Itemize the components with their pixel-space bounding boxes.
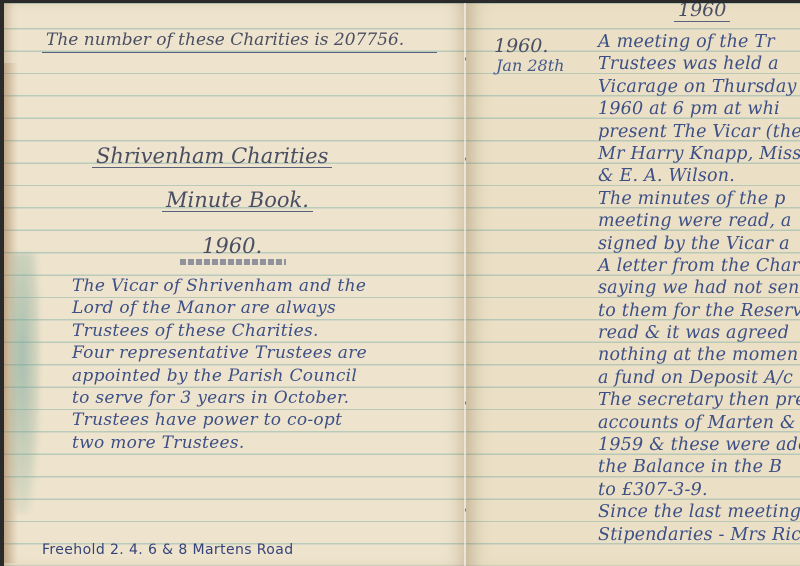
minutes-line: The secretary then pres — [598, 389, 800, 411]
minutes-line: the Balance in the B — [598, 456, 800, 478]
minutes-line: saying we had not sen — [598, 277, 800, 299]
paragraph-line: Four representative Trustees are — [72, 342, 367, 364]
book-title-line1: Shrivenham Charities — [92, 145, 332, 168]
trustees-paragraph: The Vicar of Shrivenham and the Lord of … — [72, 275, 367, 454]
minutes-line: Vicarage on Thursday — [598, 76, 800, 98]
minutes-line: present The Vicar (the — [598, 121, 800, 143]
minutes-line: a fund on Deposit A/c — [598, 367, 800, 389]
minutes-line: to them for the Reserv — [598, 300, 800, 322]
charity-number-note: The number of these Charities is 207756. — [42, 29, 437, 53]
minutes-line: Since the last meeting — [598, 501, 800, 523]
left-page: The number of these Charities is 207756.… — [4, 3, 466, 566]
minutes-line: The minutes of the p — [598, 188, 800, 210]
minutes-line: Mr Harry Knapp, Miss — [598, 143, 800, 165]
minutes-line: Stipendaries - Mrs Richon — [598, 524, 800, 546]
right-page: 1960 1960. Jan 28th A meeting of the Tr … — [466, 3, 800, 566]
paragraph-line: appointed by the Parish Council — [72, 365, 367, 387]
margin-year: 1960. — [494, 35, 548, 57]
paragraph-line: Trustees have power to co-opt — [72, 409, 367, 431]
page-heading-year: 1960 — [674, 3, 730, 22]
minutes-line: A letter from the Char — [598, 255, 800, 277]
book-title-line2: Minute Book. — [162, 189, 313, 212]
minutes-text: A meeting of the Tr Trustees was held a … — [598, 31, 800, 546]
minutes-line: meeting were read, a — [598, 210, 800, 232]
minutes-line: 1960 at 6 pm at whi — [598, 98, 800, 120]
minutes-line: signed by the Vicar a — [598, 233, 800, 255]
paragraph-line: Trustees of these Charities. — [72, 320, 367, 342]
paragraph-line: two more Trustees. — [72, 432, 367, 454]
paragraph-line: to serve for 3 years in October. — [72, 387, 367, 409]
year-wavy-underline — [180, 259, 286, 265]
paragraph-line: Lord of the Manor are always — [72, 297, 367, 319]
minutes-line: accounts of Marten & C — [598, 412, 800, 434]
minutes-line: & E. A. Wilson. — [598, 165, 800, 187]
water-stain — [10, 253, 40, 513]
minutes-line: A meeting of the Tr — [598, 31, 800, 53]
book-title-year: 1960. — [202, 235, 262, 257]
paragraph-line: The Vicar of Shrivenham and the — [72, 275, 367, 297]
minutes-line: to £307-3-9. — [598, 479, 800, 501]
freehold-note: Freehold 2. 4. 6 & 8 Martens Road — [42, 539, 294, 561]
minutes-line: nothing at the momen — [598, 344, 800, 366]
minutes-line: read & it was agreed — [598, 322, 800, 344]
margin-date: Jan 28th — [496, 55, 564, 77]
minutes-line: Trustees was held a — [598, 53, 800, 75]
minutes-line: 1959 & these were adop — [598, 434, 800, 456]
open-minute-book: The number of these Charities is 207756.… — [4, 3, 800, 566]
